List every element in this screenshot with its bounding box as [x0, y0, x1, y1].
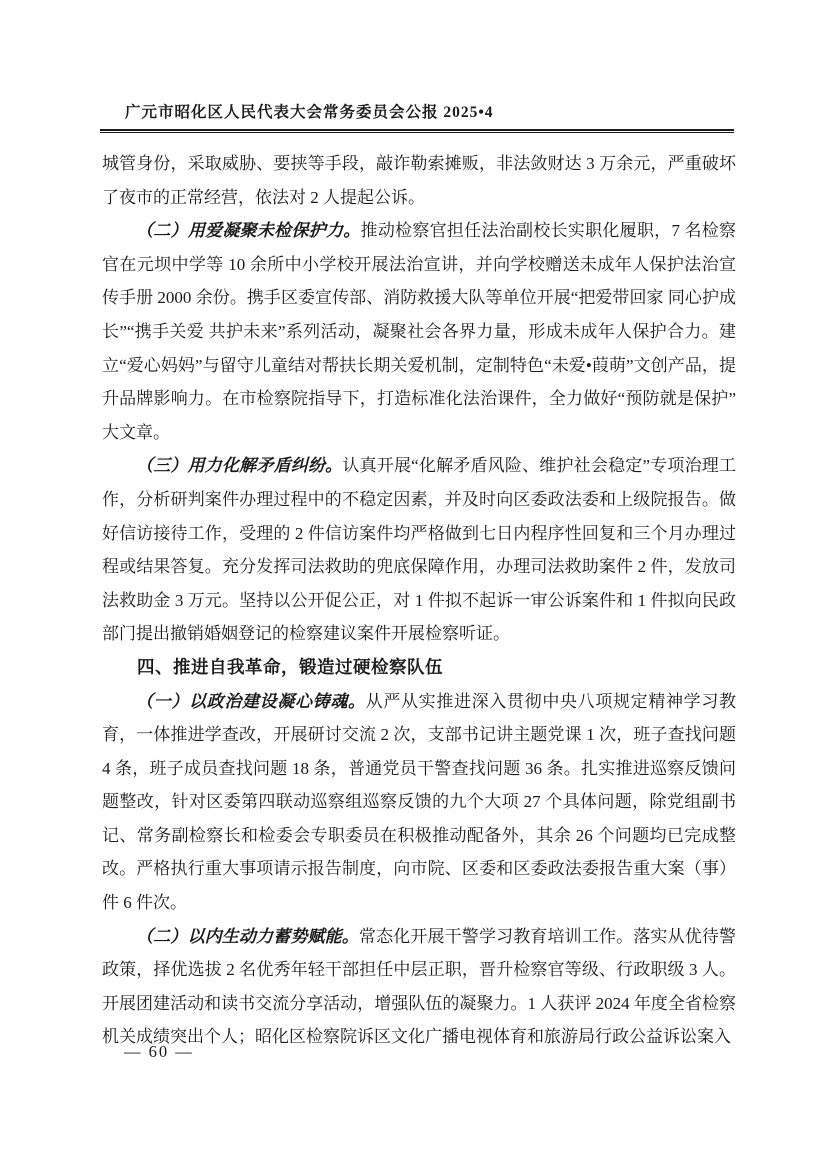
paragraph-lead: （二）以内生动力蓄势赋能。 — [136, 927, 359, 946]
paragraph: （三）用力化解矛盾纠纷。认真开展“化解矛盾风险、维护社会稳定”专项治理工作，分析… — [102, 449, 736, 651]
paragraph: （二）用爱凝聚未检保护力。推动检察官担任法治副校长实职化履职，7 名检察官在元坝… — [102, 214, 736, 449]
paragraph: （二）以内生动力蓄势赋能。常态化开展干警学习教育培训工作。落实从优待警政策，择优… — [102, 920, 736, 1054]
text-segment: 四、推进自我革命，锻造过硬检察队伍 — [137, 657, 443, 677]
text-segment: 从严从实推进深入贯彻中央八项规定精神学习教育，一体推进学查改，开展研讨交流 2 … — [102, 692, 736, 913]
paragraph: （一）以政治建设凝心铸魂。从严从实推进深入贯彻中央八项规定精神学习教育，一体推进… — [102, 685, 736, 920]
paragraph-lead: （一）以政治建设凝心铸魂。 — [136, 692, 366, 711]
document-body: 城管身份，采取威胁、要挟等手段，敲诈勒索摊贩，非法敛财达 3 万余元，严重破坏了… — [102, 147, 736, 1054]
text-segment: 认真开展“化解矛盾风险、维护社会稳定”专项治理工作，分析研判案件办理过程中的不稳… — [102, 456, 736, 643]
paragraph: 城管身份，采取威胁、要挟等手段，敲诈勒索摊贩，非法敛财达 3 万余元，严重破坏了… — [102, 147, 736, 214]
page-header: 广元市昭化区人民代表大会常务委员会公报 2025•4 — [100, 100, 734, 133]
header-divider-rule — [100, 129, 734, 133]
page-number: — 60 — — [124, 1042, 194, 1062]
paragraph-lead: （二）用爱凝聚未检保护力。 — [136, 221, 361, 240]
text-segment: 城管身份，采取威胁、要挟等手段，敲诈勒索摊贩，非法敛财达 3 万余元，严重破坏了… — [102, 154, 736, 207]
bulletin-header-title: 广元市昭化区人民代表大会常务委员会公报 2025•4 — [100, 100, 734, 122]
document-page: 广元市昭化区人民代表大会常务委员会公报 2025•4 城管身份，采取威胁、要挟等… — [0, 0, 827, 1170]
paragraph-lead: （三）用力化解矛盾纠纷。 — [136, 456, 342, 475]
text-segment: 推动检察官担任法治副校长实职化履职，7 名检察官在元坝中学等 10 余所中小学校… — [102, 221, 736, 442]
section-heading: 四、推进自我革命，锻造过硬检察队伍 — [102, 651, 736, 685]
